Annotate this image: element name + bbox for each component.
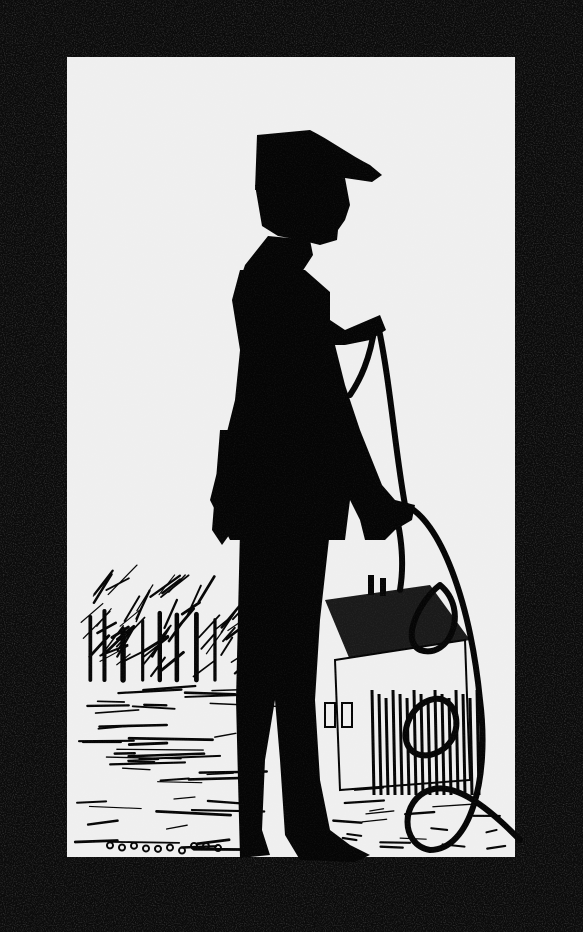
illustration-frame [0,0,583,932]
ink-grain [0,0,583,932]
silhouette-illustration [0,0,583,932]
